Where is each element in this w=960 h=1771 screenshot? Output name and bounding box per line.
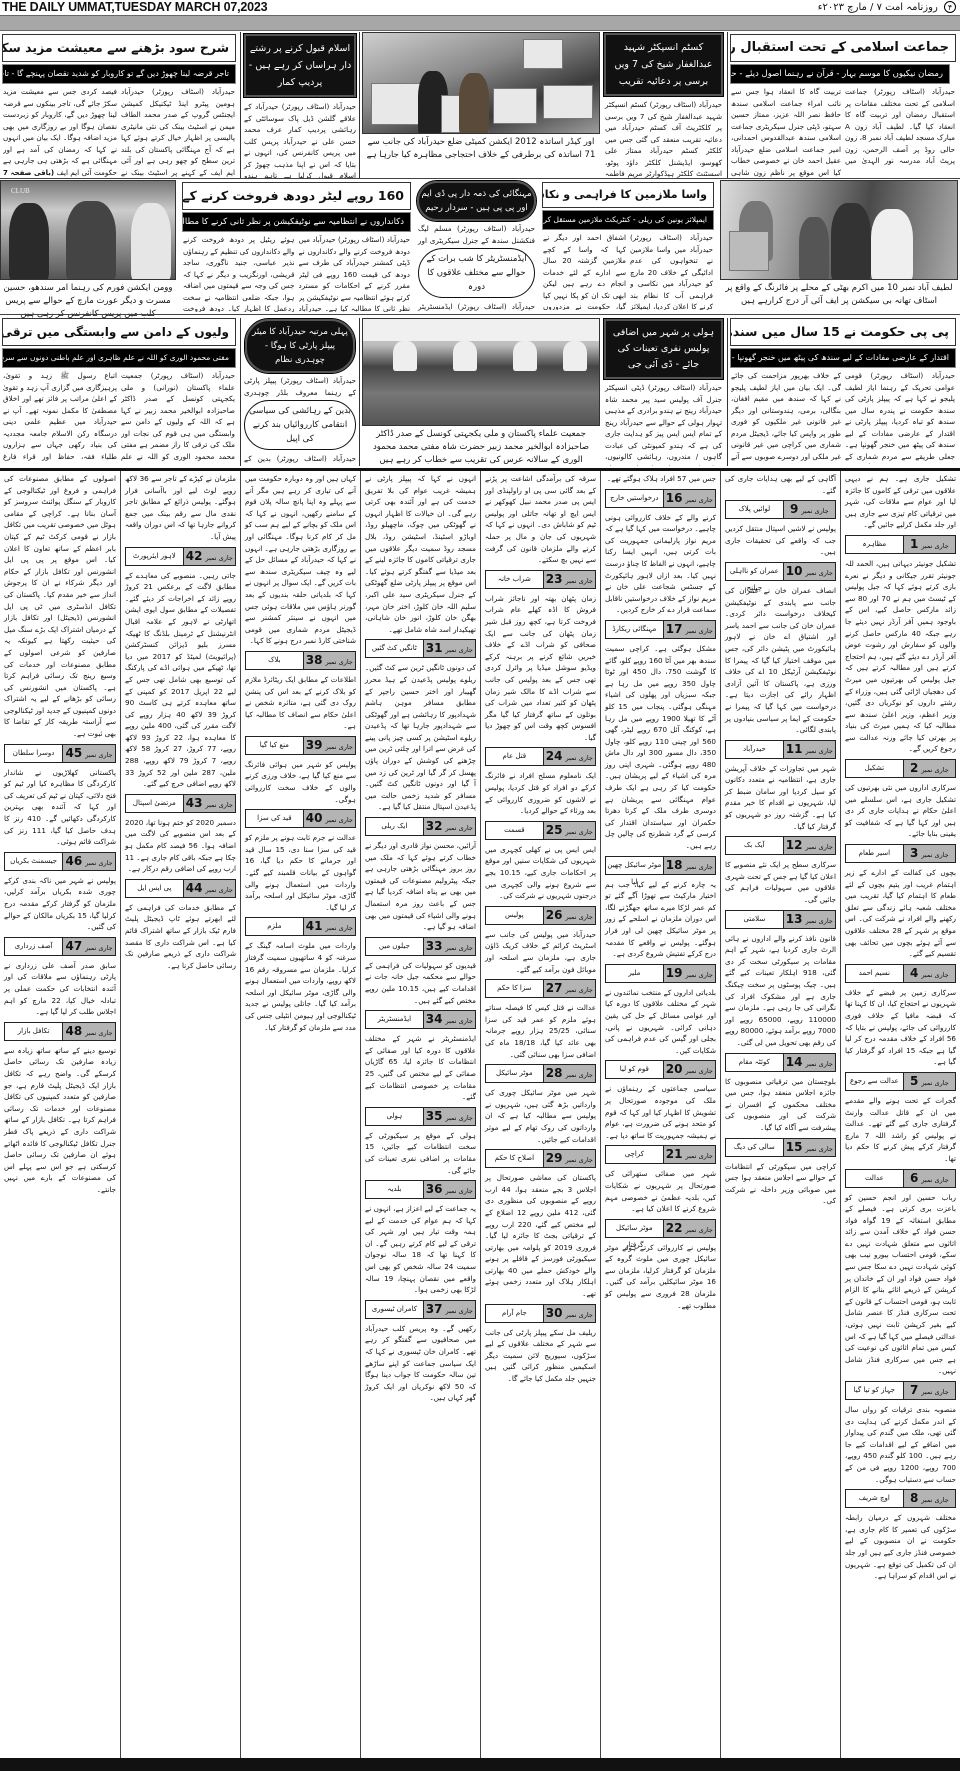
continuation-text: حیدرآباد میں پولیس کی جانب سے اسٹریٹ کرا…: [485, 929, 596, 975]
continuation-text: بلوچستان میں ترقیاتی منصوبوں کا جائزہ اج…: [725, 1076, 836, 1134]
subheadline: تاجر قرضہ لینا چھوڑ دیں گے تو کاروبار کو…: [2, 64, 236, 84]
continuation-dateline: ٹانگیں کٹ گئیں: [366, 640, 423, 657]
continuation-number: جاری نمبر6: [903, 1170, 955, 1187]
continuation-text: انہوں نے کہا کہ پیپلز پارٹی نے ہمیشہ غری…: [365, 473, 476, 635]
continuation-number: جاری نمبر31: [423, 640, 475, 657]
continuation-text: پاکستانی کھلاڑیوں نے شاندار کارکردگی کا …: [4, 767, 116, 848]
subheadline: رمضان نیکیوں کا موسم بہار - قرآن نے رہنم…: [730, 64, 950, 84]
continuation-dateline: تشکیل: [846, 760, 903, 777]
story-column: فیصد کردی جس سے معیشت مزید سکڑ جائے گی، …: [3, 86, 117, 178]
continuation-tag: جاری نمبر32ایک ریلی: [365, 817, 476, 836]
continuation-tag: جاری نمبر13سلامتی: [725, 910, 836, 929]
continuation-dateline: موٹر سائیکل گرفتار: [606, 1220, 663, 1237]
story-body: حیدرآباد (اسٹاف رپورٹر) ایڈمنسٹریٹر بلدی…: [415, 300, 538, 312]
continuation-dateline: عمران کو نااہلی چیلنج: [726, 563, 783, 580]
continuation-number: جاری نمبر47: [62, 938, 115, 955]
story-sahibzada-zubair: ولیوں کے دامن سے وابستگی میں ترقی مضمر ہ…: [0, 318, 238, 466]
masthead-english: THE DAILY UMMAT,TUESDAY MARCH 07,2023: [2, 0, 267, 14]
continuation-tag: جاری نمبر33جیلوں میں: [365, 937, 476, 956]
continuation-tag: جاری نمبر38بلاک: [245, 651, 356, 670]
continuation-text: شہر میں موٹر سائیکل چوری کی وارداتیں بڑھ…: [485, 1087, 596, 1145]
continuation-text: ایس ایس پی نے کھلی کچہری میں شہریوں کی ش…: [485, 844, 596, 902]
continuation-text: بچوں کی کفالت کے ادارے کے زیر اہتمام غری…: [845, 867, 956, 960]
story-column: حیدرآباد (اسٹاف رپورٹر) جماعت اسلامی کے …: [845, 86, 955, 168]
continuation-text: تشکیل جونیئر دیہاتی ہیں، الحمد للہ جونیئ…: [845, 558, 956, 755]
continuation-dateline: بلاک: [246, 652, 303, 669]
continuation-text: پولیس کو شہر میں ہوائی فائرنگ سے منع کیا…: [245, 759, 356, 805]
continuation-tag: جاری نمبر19ملیر: [605, 964, 716, 983]
continuation-text: جس میں 57 افراد ہلاک ہوگئے تھے۔: [605, 473, 716, 485]
continuation-number: جاری نمبر14: [783, 1054, 835, 1071]
continuation-number: جاری نمبر13: [783, 911, 835, 928]
continuation-dateline: جہاز کو تیا گیا: [846, 1382, 903, 1399]
continuation-dateline: سلامتی: [726, 911, 783, 928]
story-altaf-memon: شرح سود بڑھنے سے معیشت مزید سکڑ جائے گی …: [0, 32, 238, 178]
continuation-number: جاری نمبر2: [903, 760, 955, 777]
continuation-columns: تشکیل جاری ہے۔ ہم نے دیہی علاقوں میں ترق…: [0, 468, 960, 1758]
continuation-dateline: موٹر سائیکل: [486, 1065, 543, 1082]
continuation-column: آگاہی کے لیے بھی ہدایات جاری کی گئے۔جاری…: [720, 471, 840, 1758]
photo-women-forum: CLUB: [0, 180, 176, 280]
continuation-column: جس میں 57 افراد ہلاک ہوگئے تھے۔جاری نمبر…: [600, 471, 720, 1758]
continuation-dateline: کامران ٹیسوری: [366, 1301, 423, 1318]
continuation-number: جاری نمبر4: [903, 965, 955, 982]
continuation-tag: جاری نمبر31ٹانگیں کٹ گئیں: [365, 639, 476, 658]
footer-bar: [0, 1758, 960, 1771]
continuation-text: مختلف شہروں کے درمیان رابطہ سڑکوں کی تعم…: [845, 1512, 956, 1582]
continuation-column: اصولوں کے مطابق مصنوعات کی فراہمی و فروغ…: [0, 471, 120, 1758]
continuation-number: جاری نمبر24: [543, 748, 595, 765]
continuation-number: جاری نمبر27: [543, 980, 595, 997]
continuation-number: جاری نمبر18: [663, 857, 715, 874]
continuation-text: شہر میں تجاوزات کے خلاف آپریشن جاری ہے، …: [725, 763, 836, 833]
continuation-dateline: پولیس: [486, 907, 543, 924]
continuation-number: جاری نمبر5: [903, 1073, 955, 1090]
story-customs-inspector: کسٹم انسپکٹر شہید عبدالغفار شیخ کی 7 ویں…: [602, 32, 725, 178]
continuation-text: دسمبر 2020 کو ختم ہونا تھا، 2020 کے بعد …: [125, 817, 236, 875]
continuation-dateline: عدالت سے رجوع: [846, 1073, 903, 1090]
continuation-number: جاری نمبر28: [543, 1065, 595, 1082]
continuation-dateline: جیسمنٹ بکریاں: [5, 853, 62, 870]
continuation-dateline: موٹر سائیکل چھین لیا: [606, 857, 663, 874]
boxed-headline: مہنگائی کی ذمہ دار پی ڈی ایم اور پی پی ہ…: [417, 181, 536, 221]
continuation-tag: جاری نمبر1مظاہرہ: [845, 535, 956, 554]
photo-caption: جمعیت علماء پاکستان و ملی یکجہتی کونسل ک…: [362, 428, 600, 466]
continuation-number: جاری نمبر1: [903, 536, 955, 553]
continuation-dateline: آصف زرداری: [5, 938, 62, 955]
continuation-tag: جاری نمبر24قتل عام: [485, 747, 596, 766]
continuation-number: جاری نمبر46: [62, 853, 115, 870]
continuation-column: سرقہ کی برآمدگی اشاعت پر پڑنے کے بعد گائ…: [480, 471, 600, 1758]
continuation-text: ایڈمنسٹریٹر نے شہر کے مختلف علاقوں کا دو…: [365, 1033, 476, 1103]
continuation-number: جاری نمبر42: [183, 548, 235, 565]
continuation-column: انہوں نے کہا کہ پیپلز پارٹی نے ہمیشہ غری…: [360, 471, 480, 1758]
continuation-text: جاتی رہیں۔ منصوبے کی معاہدے کے مطابق لاگ…: [125, 570, 236, 790]
photo-teachers-protest: [362, 32, 600, 134]
story-column: حیدرآباد (اسٹاف رپورٹر) قومی عوامی تحریک…: [845, 370, 955, 464]
continuation-text: ہولی کے موقع پر سیکیورٹی کے سخت انتظامات…: [365, 1130, 476, 1176]
continuation-tag: جاری نمبر26پولیس: [485, 906, 596, 925]
continuation-dateline: نسیم احمد: [846, 965, 903, 982]
continuation-number: جاری نمبر35: [423, 1108, 475, 1125]
continuation-number: جاری نمبر32: [423, 818, 475, 835]
continuation-column: کہاں ہیں اور وہ دوبارہ حکومت میں آنے کی …: [240, 471, 360, 1758]
headline: پی پی حکومت نے 15 سال میں سندھ تباہ کردی…: [730, 318, 956, 346]
divider: [0, 314, 960, 315]
photo-caption: اور کیڈر اساتذہ 2012 ایکشن کمیٹی ضلع حید…: [362, 136, 600, 176]
continuation-number: جاری نمبر40: [303, 810, 355, 827]
continuation-text: پولیس نے لاشیں اسپتال منتقل کردیں جب کہ …: [725, 523, 836, 558]
continuation-dateline: دوسرا سلطان: [5, 745, 62, 762]
continuation-number: جاری نمبر36: [423, 1181, 475, 1198]
continuation-text: مشکل ہوگئی ہے۔ کراچی سمیت سندھ بھر میں آ…: [605, 643, 716, 852]
headline: جماعت اسلامی کے تحت استقبال رمضان اور تر…: [730, 34, 956, 62]
continuation-text: پولیس نے کارروائی کرتے ہوئے موٹر سائیکل …: [605, 1242, 716, 1312]
oval-headline: بدین کے رہائشی کی سیاسی انتقامی کارروائی…: [244, 400, 356, 450]
continuation-tag: جاری نمبر4نسیم احمد: [845, 964, 956, 983]
continuation-tag: جاری نمبر42لاہور ایئرپورٹ: [125, 547, 236, 566]
continuation-tag: جاری نمبر28موٹر سائیکل: [485, 1064, 596, 1083]
continuation-dateline: آیک بک: [726, 837, 783, 854]
story-sardar-rahim: مہنگائی کی ذمہ دار پی ڈی ایم اور پی پی ہ…: [415, 180, 538, 312]
continuation-number: جاری نمبر22: [663, 1220, 715, 1237]
continuation-text: سرکاری اداروں میں نئی بھرتیوں کی تشکیل ج…: [845, 782, 956, 840]
continuation-number: جاری نمبر30: [543, 1305, 595, 1322]
continuation-number: جاری نمبر19: [663, 965, 715, 982]
continuation-number: جاری نمبر17: [663, 621, 715, 638]
masthead-urdu: ۴ روزنامہ امت ۷ / مارچ ۲۰۲۳ء: [818, 1, 956, 13]
continuation-dateline: عدالت: [846, 1170, 903, 1187]
continuation-tag: جاری نمبر39منع کیا گیا: [245, 736, 356, 755]
story-body: حیدرآباد (اسٹاف رپورٹر) ڈپٹی انسپکٹر جنر…: [602, 380, 725, 466]
subheadline: ایمپلائز یونین کی ریلی - کنٹریکٹ ملازمین…: [542, 210, 714, 230]
continuation-tag: جاری نمبر18موٹر سائیکل چھین لیا: [605, 856, 716, 875]
continuation-tag: جاری نمبر21کراچی: [605, 1145, 716, 1164]
continuation-tag: جاری نمبر48تکافل بازار: [4, 1022, 116, 1041]
continuation-tag: جاری نمبر23شراب خانہ: [485, 570, 596, 589]
story-pradeep-kumar: اسلام قبول کرنے پر رشتے دار ہراساں کر رہ…: [240, 32, 360, 178]
continuation-text: زمان پٹھان بھتہ اور ناجائز شراب فروش کا …: [485, 593, 596, 744]
continuation-text: منصوبہ بندی ترقیات کو رواں سال کے اندر م…: [845, 1404, 956, 1485]
page-number: ۴: [944, 1, 956, 13]
continuation-text: سرکاری زمین پر قبضے کے خلاف شہریوں نے اح…: [845, 987, 956, 1068]
continuation-number: جاری نمبر8: [903, 1490, 955, 1507]
continuation-text: عدالت نے قتل کیس کا فیصلہ سناتے ہوئے ملز…: [485, 1002, 596, 1060]
story-body: حیدرآباد (اسٹاف رپورٹر) کسٹم انسپکٹر شہی…: [602, 97, 725, 178]
continuation-number: جاری نمبر44: [183, 880, 235, 897]
continuation-dateline: ملیر: [606, 965, 663, 982]
continuation-column: ملزمان نے کپڑے کے تاجر سے 36 لاکھ روپے ل…: [120, 471, 240, 1758]
continuation-dateline: جیلوں میں: [366, 938, 423, 955]
continuation-tag: جاری نمبر22موٹر سائیکل گرفتار: [605, 1219, 716, 1238]
story-ppp-mayor: پہلی مرتبہ حیدرآباد کا میئر پیپلز پارٹی …: [240, 318, 360, 466]
continuation-dateline: اوچ شریف: [846, 1490, 903, 1507]
continuation-text: سابق صدر آصف علی زرداری نے پارٹی رہنماؤں…: [4, 960, 116, 1018]
story-column: ہوئے ریٹیل پر دودھ فروخت کرنے والے دکاند…: [183, 234, 295, 312]
continuation-number: جاری نمبر9: [783, 501, 835, 518]
continuation-dateline: اصلاح کا حکم: [486, 1150, 543, 1167]
continuation-text: ملزمان نے کپڑے کے تاجر سے 36 لاکھ روپے ل…: [125, 473, 236, 543]
continuation-dateline: ملزم: [246, 918, 303, 935]
continuation-column: تشکیل جاری ہے۔ ہم نے دیہی علاقوں میں ترق…: [840, 471, 960, 1758]
continuation-dateline: مہنگائی ریکارڈ: [606, 621, 663, 638]
continuation-dateline: جام آرام: [486, 1305, 543, 1322]
continuation-dateline: قتل عام: [486, 748, 543, 765]
continuation-number: جاری نمبر38: [303, 652, 355, 669]
continuation-number: جاری نمبر12: [783, 837, 835, 854]
continuation-text: واردات میں ملوث اسامہ گینگ کے سرغنہ کو 4…: [245, 940, 356, 1033]
headline: ولیوں کے دامن سے وابستگی میں ترقی مضمر ہ…: [2, 318, 236, 346]
continuation-number: جاری نمبر10: [783, 563, 835, 580]
continuation-tag: جاری نمبر17مہنگائی ریکارڈ: [605, 620, 716, 639]
continuation-tag: جاری نمبر12آیک بک: [725, 836, 836, 855]
continuation-text: پولیس نے شہر میں ناکہ بندی کرکے چوری شدہ…: [4, 875, 116, 933]
continuation-dateline: قید کی سزا: [246, 810, 303, 827]
continuation-number: جاری نمبر29: [543, 1150, 595, 1167]
continuation-tag: جاری نمبر6عدالت: [845, 1169, 956, 1188]
continuation-tag: جاری نمبر9لوائیں پلاک: [725, 500, 836, 519]
continuation-tag: جاری نمبر45دوسرا سلطان: [4, 744, 116, 763]
continuation-dateline: مرتضیٰ اسپتال: [126, 795, 183, 812]
continuation-number: جاری نمبر20: [663, 1061, 715, 1078]
continuation-tag: جاری نمبر11حیدرآباد: [725, 740, 836, 759]
continuation-tag: جاری نمبر8اوچ شریف: [845, 1489, 956, 1508]
continuation-number: جاری نمبر26: [543, 907, 595, 924]
continuation-dateline: مظاہرہ: [846, 536, 903, 553]
continuation-tag: جاری نمبر36بلدیہ: [365, 1180, 476, 1199]
continuation-text: رباب حسین اور انجم حسین کو باعزت بری کرت…: [845, 1192, 956, 1378]
continuation-text: قیدیوں کو سہولیات کی فراہمی کے حوالے سے …: [365, 960, 476, 1006]
story-column: حیدرآباد (اسٹاف رپورٹر) جمعیت علماء پاکس…: [121, 370, 235, 464]
continuation-dateline: ایڈمنسٹریٹر: [366, 1011, 423, 1028]
continuation-dateline: لوائیں پلاک: [726, 501, 783, 518]
continuation-text: رکھیں گے۔ وہ پریس کلب حیدرآباد میں صحافی…: [365, 1323, 476, 1404]
continuation-text: انصاف عمران خان نے عمران کی جانب سے پابن…: [725, 585, 836, 736]
continuation-text: یہ جماعت کے لیے اعزاز ہے، انہوں نے کہا ک…: [365, 1203, 476, 1296]
headline: واسا ملازمین کا فراہمی و نکاسی آب بند کر…: [542, 182, 714, 208]
continuation-number: جاری نمبر7: [903, 1382, 955, 1399]
continuation-number: جاری نمبر33: [423, 938, 475, 955]
photo-caption: وومن ایکشن فورم کی رہنما امر سندھو، حسین…: [0, 282, 176, 312]
continuation-text: پاکستان کی معاشی صورتحال پر اجلاس 3 بجے …: [485, 1172, 596, 1300]
continuation-number: جاری نمبر3: [903, 845, 955, 862]
continuation-number: جاری نمبر43: [183, 795, 235, 812]
continuation-tag: جاری نمبر7جہاز کو تیا گیا: [845, 1381, 956, 1400]
continuation-text: تشکیل جاری ہے۔ ہم نے دیہی علاقوں میں ترق…: [845, 473, 956, 531]
story-column: کے خلاف بھرپور مزاحمت کی جائے گی۔ ایک بی…: [731, 370, 841, 464]
story-body: حیدرآباد (اسٹاف رپورٹر) حیدرآباد کے علاق…: [241, 99, 359, 178]
story-column: اتباع رسول ﷺ زہد و تقویٰ، پرہیزگاری میں …: [3, 370, 117, 464]
story-column: تربیت گاہ کا انعقاد ہوا جس سے نائب امراء…: [731, 86, 841, 178]
continuation-text: سرکاری سطح پر ایک نئے منصوبے کا اعلان کی…: [725, 859, 836, 905]
continuation-number: جاری نمبر37: [423, 1301, 475, 1318]
boxed-headline: کسٹم انسپکٹر شہید عبدالغفار شیخ کی 7 ویں…: [604, 33, 723, 96]
story-palijo: پی پی حکومت نے 15 سال میں سندھ تباہ کردی…: [727, 318, 958, 466]
continuation-tag: جاری نمبر40قید کی سزا: [245, 809, 356, 828]
continuation-dateline: قوم کو لیا: [606, 1061, 663, 1078]
photo-urs-ceremony: [362, 318, 600, 426]
continuation-text: عدالت نے جرم ثابت ہونے پر ملزم کو قید کی…: [245, 832, 356, 913]
continuation-text: کہاں ہیں اور وہ دوبارہ حکومت میں آنے کی …: [245, 473, 356, 647]
headline: شرح سود بڑھنے سے معیشت مزید سکڑ جائے گی …: [2, 34, 236, 62]
divider: [0, 178, 960, 179]
continuation-text: گجرات کے تحت ہونے والے مقدمے میں ان کے ق…: [845, 1095, 956, 1165]
continuation-text: سرقہ کی برآمدگی اشاعت پر پڑنے کے بعد گائ…: [485, 473, 596, 566]
story-column: حیدرآباد (اسٹاف رپورٹر) حیدرآباد میں دود…: [299, 234, 411, 312]
continuation-text: آگاہی کے لیے بھی ہدایات جاری کی گئے۔: [725, 473, 836, 496]
subheadline: مفتی محمود الوری کو اللہ نے علم ظاہری او…: [2, 348, 236, 368]
continuation-tag: جاری نمبر15سالی کی دیگ: [725, 1138, 836, 1157]
masthead: THE DAILY UMMAT,TUESDAY MARCH 07,2023 ۴ …: [0, 0, 960, 16]
header-band: [0, 15, 960, 31]
continuation-dateline: منع کیا گیا: [246, 737, 303, 754]
photo-label: CLUB: [11, 187, 30, 195]
continuation-number: جاری نمبر48: [62, 1023, 115, 1040]
subheadline: اقتدار کے عارضی مفادات کے لیے سندھ کی پی…: [730, 348, 956, 368]
continuation-tag: جاری نمبر20قوم کو لیا: [605, 1060, 716, 1079]
continuation-text: اصولوں کے مطابق مصنوعات کی فراہمی و فروغ…: [4, 473, 116, 740]
continuation-dateline: قسمت: [486, 822, 543, 839]
continuation-dateline: بلدیہ: [366, 1181, 423, 1198]
continuation-number: جاری نمبر45: [62, 745, 115, 762]
continuation-dateline: شراب خانہ: [486, 571, 543, 588]
continuation-dateline: کراچی: [606, 1146, 663, 1163]
continuation-number: جاری نمبر16: [663, 490, 715, 507]
story-body: حیدرآباد (اسٹاف رپورٹر) پیپلز پارٹی کے ر…: [241, 374, 359, 398]
continuation-number: جاری نمبر11: [783, 741, 835, 758]
subheadline: دکانداروں نے انتظامیہ سے نوٹیفکیشن پر نظ…: [182, 212, 411, 232]
continuation-tag: جاری نمبر43مرتضیٰ اسپتال: [125, 794, 236, 813]
continuation-tag: جاری نمبر46جیسمنٹ بکریاں: [4, 852, 116, 871]
continuation-number: جاری نمبر34: [423, 1011, 475, 1028]
continuation-tag: جاری نمبر5عدالت سے رجوع: [845, 1072, 956, 1091]
continuation-text: کے مطابق خدمات کی فراہمی کے لئے ابھرتے ہ…: [125, 902, 236, 972]
continuation-text: شہر میں صفائی ستھرائی کی صورتحال پر شہری…: [605, 1168, 716, 1214]
continuation-number: جاری نمبر23: [543, 571, 595, 588]
continuation-text: یہ چارہ کرنے کے لیے کیا، جب ہم اختیار ما…: [605, 879, 716, 960]
story-body: حیدرآباد (اسٹاف رپورٹر) مسلم لیگ فنکشنل …: [415, 222, 538, 246]
boxed-headline: پہلی مرتبہ حیدرآباد کا میئر پیپلز پارٹی …: [245, 319, 355, 373]
continuation-dateline: پی ایس ایل: [126, 880, 183, 897]
continuation-text: ایک نامعلوم مسلح افراد نے فائرنگ کرکے دو…: [485, 770, 596, 816]
continuation-text: اطلاعات کے مطابق ایک ریٹائرڈ ملازم کو بل…: [245, 674, 356, 732]
photo-caption: لطیف آباد نمبر 10 میں اکرم بھٹی کے محلے …: [720, 282, 958, 312]
continuation-text: توسیع دینے کے ساتھ ساتھ زیادہ سے زیادہ ص…: [4, 1045, 116, 1196]
continuation-dateline: ہولی: [366, 1108, 423, 1125]
story-holi-police: ہولی پر شہر میں اضافی پولیس نفری تعینات …: [602, 318, 725, 466]
continuation-dateline: درخواستیں خارج: [606, 490, 663, 507]
continuation-number: جاری نمبر25: [543, 822, 595, 839]
story-body: حیدرآباد (اسٹاف رپورٹر) بدین کے رہائشی م…: [241, 452, 359, 466]
continuation-tag: جاری نمبر29اصلاح کا حکم: [485, 1149, 596, 1168]
story-jamaat-ramadan: جماعت اسلامی کے تحت استقبال رمضان اور تر…: [727, 32, 958, 178]
continuation-tag: جاری نمبر37کامران ٹیسوری: [365, 1300, 476, 1319]
continuation-text: قانون نافذ کرنے والے اداروں نے ہائی الرٹ…: [725, 933, 836, 1049]
continuation-tag: جاری نمبر3اسیر طعام: [845, 844, 956, 863]
continuation-number: جاری نمبر39: [303, 737, 355, 754]
continuation-text: سیاسی جماعتوں کے رہنماؤں نے ملک کی موجود…: [605, 1083, 716, 1141]
continuation-text: ریلیف مل سکے پیپلز پارٹی کی جانب سے شہر …: [485, 1327, 596, 1385]
oval-headline: ایڈمنسٹریٹر کا شب برات کے حوالے سے مختلف…: [418, 248, 535, 298]
continuation-tag: جاری نمبر44پی ایس ایل: [125, 879, 236, 898]
continuation-text: کرنے والے کے خلاف کارروائی ہونی چاہیے۔ د…: [605, 512, 716, 616]
story-milk-price: 160 روپے لیٹر دودھ فروخت کرنے کے احکامات…: [180, 180, 413, 312]
continuation-dateline: اسیر طعام: [846, 845, 903, 862]
continuation-text: آرائیں، محسن نواز قادری اور دیگر نے خطاب…: [365, 840, 476, 933]
continuation-dateline: لاہور ایئرپورٹ: [126, 548, 183, 565]
story-column: اشفاق احمد اور دیگر نے کہا کہ واسا کے کچ…: [543, 232, 626, 310]
continuation-text: کراچی میں سیکورٹی کے انتظامات کے حوالے س…: [725, 1161, 836, 1207]
continuation-tag: جاری نمبر47آصف زرداری: [4, 937, 116, 956]
continuation-dateline: ایک ریلی: [366, 818, 423, 835]
continuation-tag: جاری نمبر35ہولی: [365, 1107, 476, 1126]
story-wasa-employees: واسا ملازمین کا فراہمی و نکاسی آب بند کر…: [540, 182, 716, 312]
continuation-tag: جاری نمبر27سزا کا حکم: [485, 979, 596, 998]
continuation-dateline: تکافل بازار: [5, 1023, 62, 1040]
continuation-tag: جاری نمبر16درخواستیں خارج: [605, 489, 716, 508]
continuation-text: کی دونوں ٹانگیں ٹرین سے کٹ گئیں۔ ریلوے پ…: [365, 662, 476, 813]
continuation-dateline: سزا کا حکم: [486, 980, 543, 997]
continuation-tag: جاری نمبر25قسمت: [485, 821, 596, 840]
boxed-headline: ہولی پر شہر میں اضافی پولیس نفری تعینات …: [604, 319, 723, 379]
continuation-tag: جاری نمبر10عمران کو نااہلی چیلنج: [725, 562, 836, 581]
continuation-tag: جاری نمبر14کوئٹہ مقام: [725, 1053, 836, 1072]
continuation-number: جاری نمبر21: [663, 1146, 715, 1163]
continuation-number: جاری نمبر41: [303, 918, 355, 935]
continuation-number: جاری نمبر15: [783, 1139, 835, 1156]
photo-firing-report: [720, 180, 958, 280]
continuation-dateline: حیدرآباد: [726, 741, 783, 758]
story-column: حیدرآباد (اسٹاف رپورٹر) حیدرآباد میں واس…: [630, 232, 713, 310]
continuation-tag: جاری نمبر34ایڈمنسٹریٹر: [365, 1010, 476, 1029]
continuation-text: بلدیاتی اداروں کے منتخب نمائندوں نے شہر …: [605, 987, 716, 1057]
continuation-dateline: سالی کی دیگ: [726, 1139, 783, 1156]
boxed-headline: اسلام قبول کرنے پر رشتے دار ہراساں کر رہ…: [244, 34, 356, 97]
headline: 160 روپے لیٹر دودھ فروخت کرنے کے احکامات…: [182, 182, 411, 210]
continuation-tag: جاری نمبر41ملزم: [245, 917, 356, 936]
continuation-dateline: کوئٹہ مقام: [726, 1054, 783, 1071]
continuation-tag: جاری نمبر2تشکیل: [845, 759, 956, 778]
continuation-tag: جاری نمبر30جام آرام: [485, 1304, 596, 1323]
story-column: حیدرآباد (اسٹاف رپورٹر) حیدرآباد ہومین پ…: [121, 86, 235, 178]
